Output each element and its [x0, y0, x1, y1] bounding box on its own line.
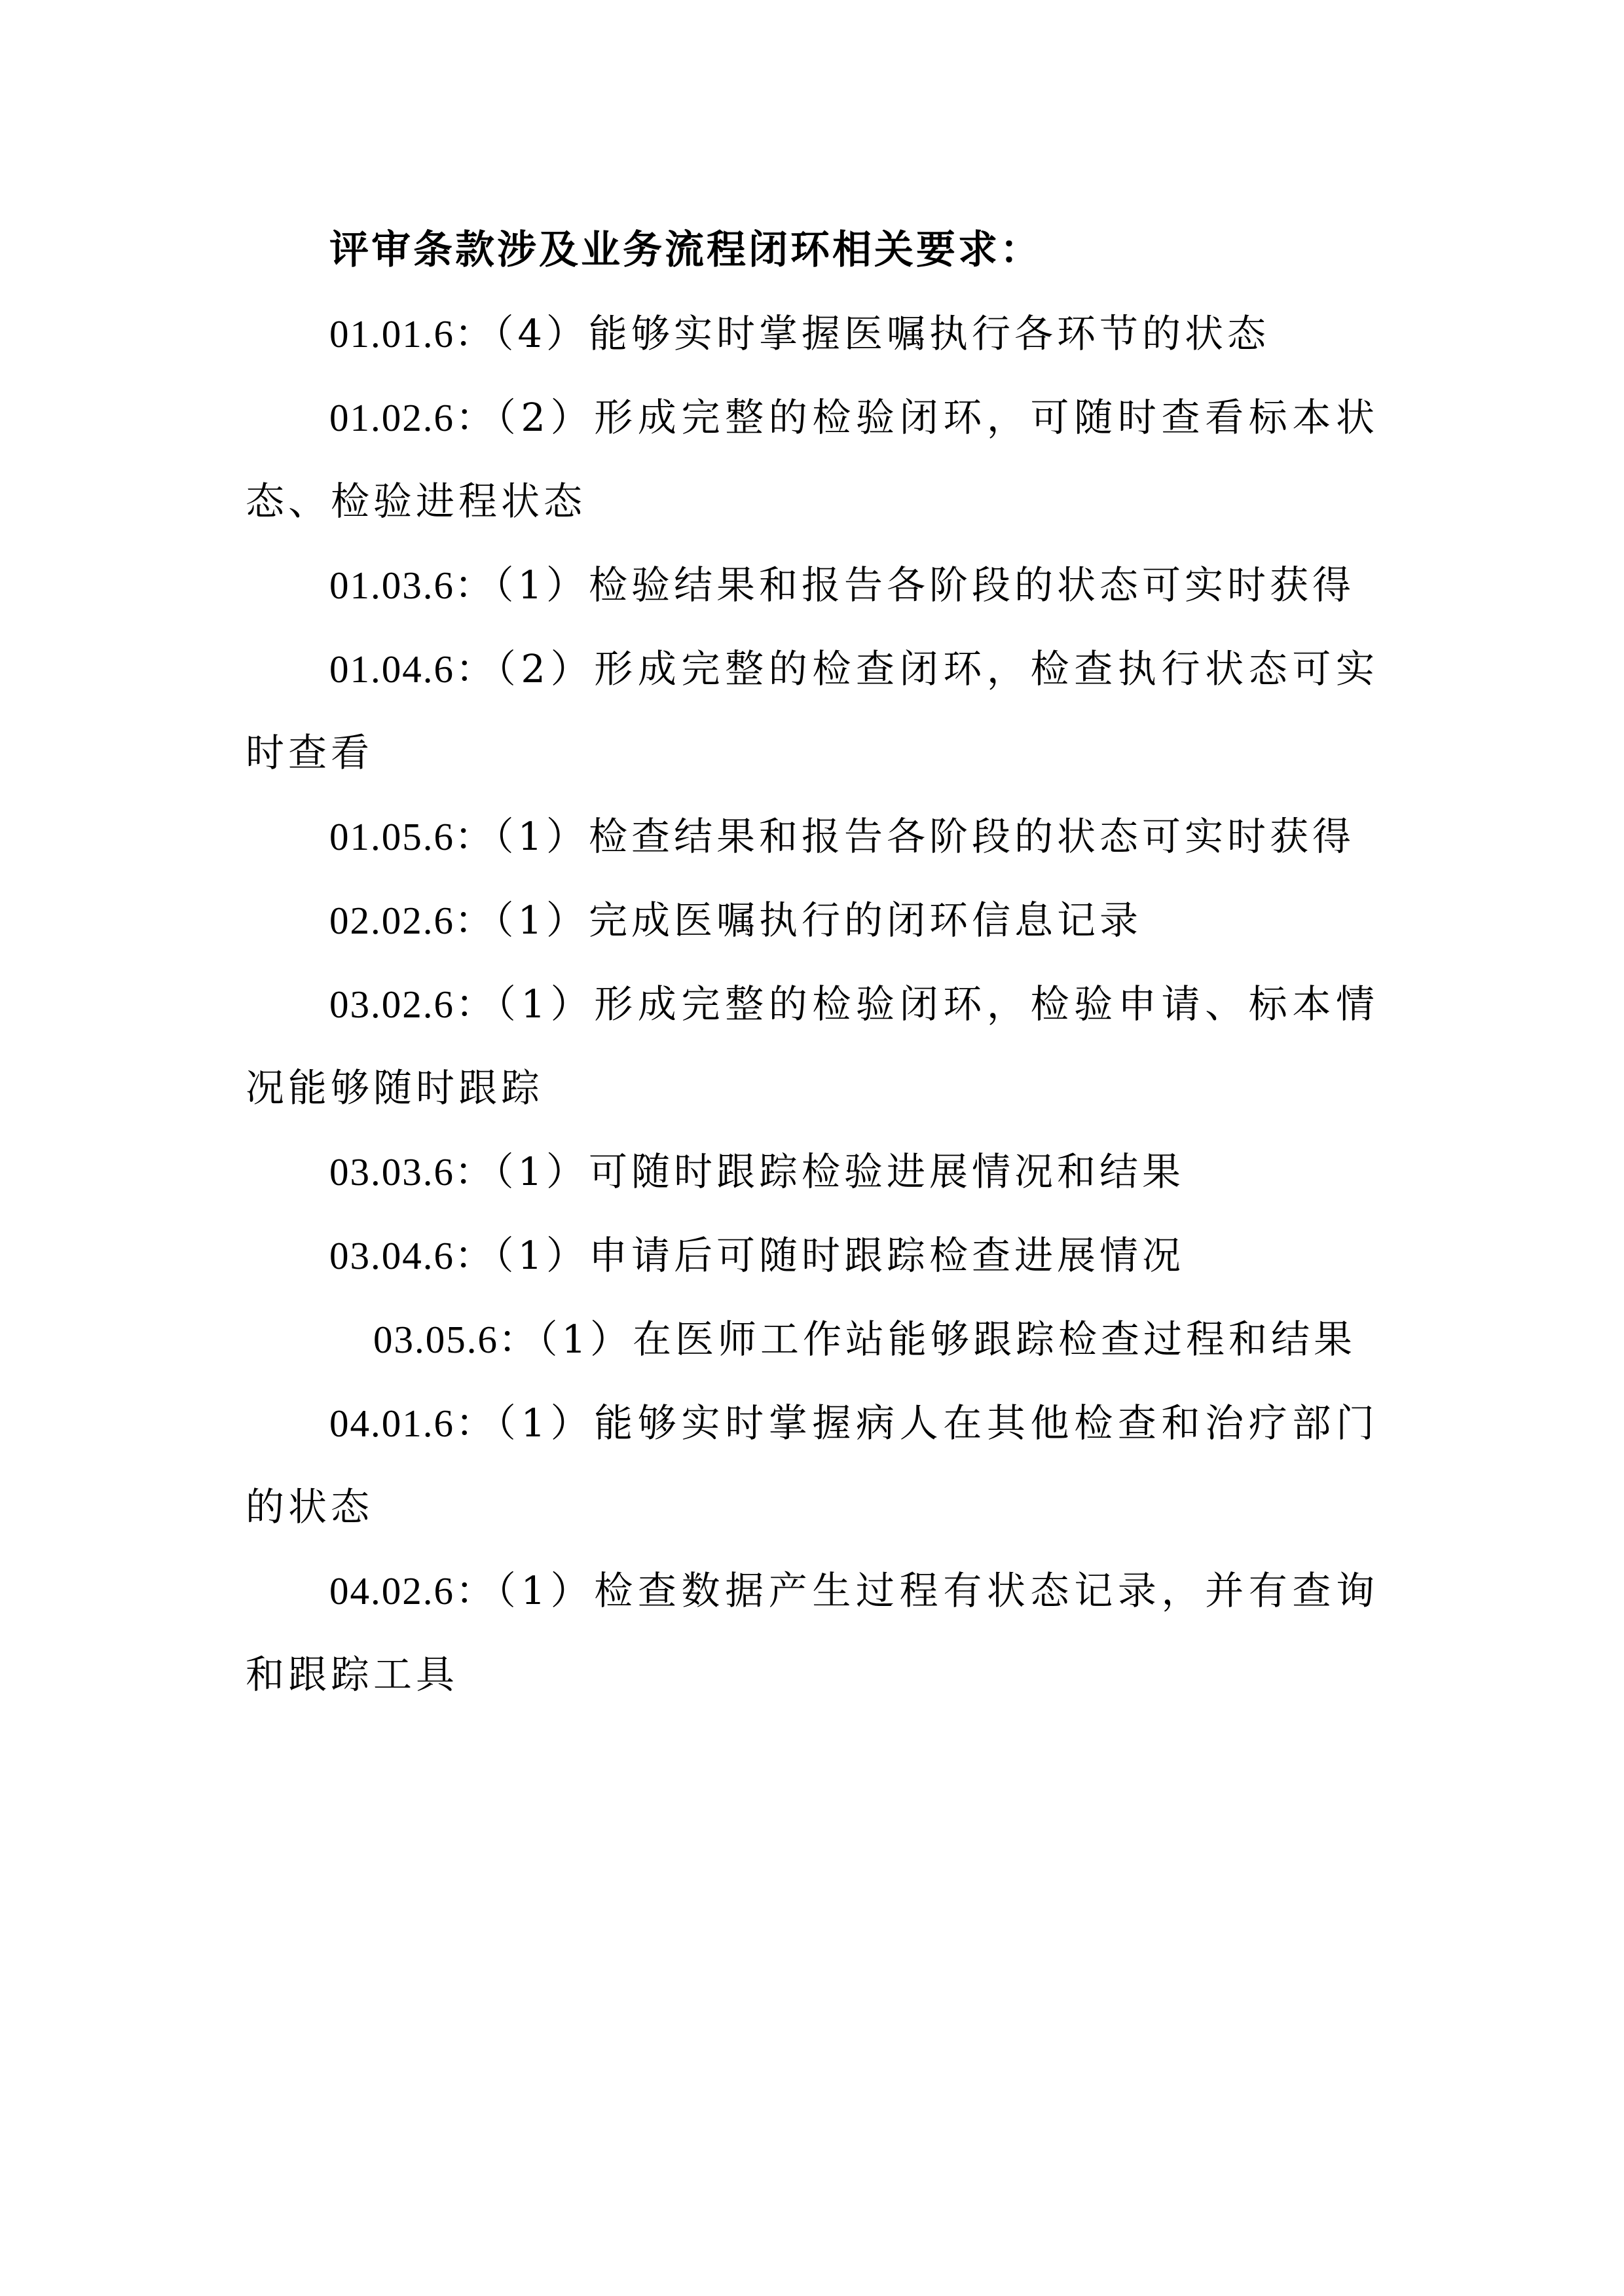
clause-text: （1）完成医嘱执行的闭环信息记录 — [494, 898, 1142, 943]
clause-code: 01.02.6： — [329, 396, 496, 439]
document-heading: 评审条款涉及业务流程闭环相关要求： — [246, 208, 1378, 292]
requirement-item-01-05-6: 01.05.6：（1）检查结果和报告各阶段的状态可实时获得 — [246, 795, 1378, 879]
clause-code: 02.02.6： — [329, 899, 494, 942]
document-page: 评审条款涉及业务流程闭环相关要求： 01.01.6：（4）能够实时掌握医嘱执行各… — [246, 208, 1378, 1717]
requirement-item-04-02-6: 04.02.6：（1）检查数据产生过程有状态记录，并有查询和跟踪工具 — [246, 1549, 1378, 1717]
clause-text: （1）检验结果和报告各阶段的状态可实时获得 — [494, 562, 1355, 608]
clause-text: （1）申请后可随时跟踪检查进展情况 — [494, 1233, 1185, 1278]
requirement-item-01-02-6: 01.02.6：（2）形成完整的检验闭环，可随时查看标本状态、检验进程状态 — [246, 376, 1378, 543]
requirement-item-03-03-6: 03.03.6：（1）可随时跟踪检验进展情况和结果 — [246, 1130, 1378, 1214]
requirement-item-01-04-6: 01.04.6：（2）形成完整的检查闭环，检查执行状态可实时查看 — [246, 627, 1378, 795]
clause-code: 01.01.6： — [329, 312, 494, 355]
clause-text: （1）在医师工作站能够跟踪检查过程和结果 — [538, 1317, 1356, 1362]
clause-code: 01.03.6： — [329, 564, 494, 607]
requirement-item-03-02-6: 03.02.6：（1）形成完整的检验闭环，检验申请、标本情况能够随时跟踪 — [246, 962, 1378, 1130]
clause-code: 04.02.6： — [329, 1569, 496, 1613]
clause-code: 04.01.6： — [329, 1402, 496, 1445]
clause-text: （4）能够实时掌握医嘱执行各环节的状态 — [494, 311, 1270, 356]
clause-code: 03.04.6： — [329, 1234, 494, 1277]
clause-code: 01.04.6： — [329, 647, 496, 691]
requirement-item-03-04-6: 03.04.6：（1）申请后可随时跟踪检查进展情况 — [246, 1214, 1378, 1298]
requirement-item-01-03-6: 01.03.6：（1）检验结果和报告各阶段的状态可实时获得 — [246, 543, 1378, 627]
clause-text: （1）可随时跟踪检验进展情况和结果 — [494, 1149, 1185, 1194]
clause-code: 03.03.6： — [329, 1150, 494, 1194]
requirement-item-01-01-6: 01.01.6：（4）能够实时掌握医嘱执行各环节的状态 — [246, 292, 1378, 376]
requirement-item-02-02-6: 02.02.6：（1）完成医嘱执行的闭环信息记录 — [246, 879, 1378, 962]
clause-text: （1）检查结果和报告各阶段的状态可实时获得 — [494, 814, 1355, 859]
requirement-item-04-01-6: 04.01.6：（1）能够实时掌握病人在其他检查和治疗部门的状态 — [246, 1381, 1378, 1549]
clause-code: 03.02.6： — [329, 983, 496, 1026]
clause-code: 03.05.6： — [373, 1318, 538, 1361]
requirement-item-03-05-6: 03.05.6：（1）在医师工作站能够跟踪检查过程和结果 — [246, 1298, 1378, 1381]
clause-code: 01.05.6： — [329, 815, 494, 858]
